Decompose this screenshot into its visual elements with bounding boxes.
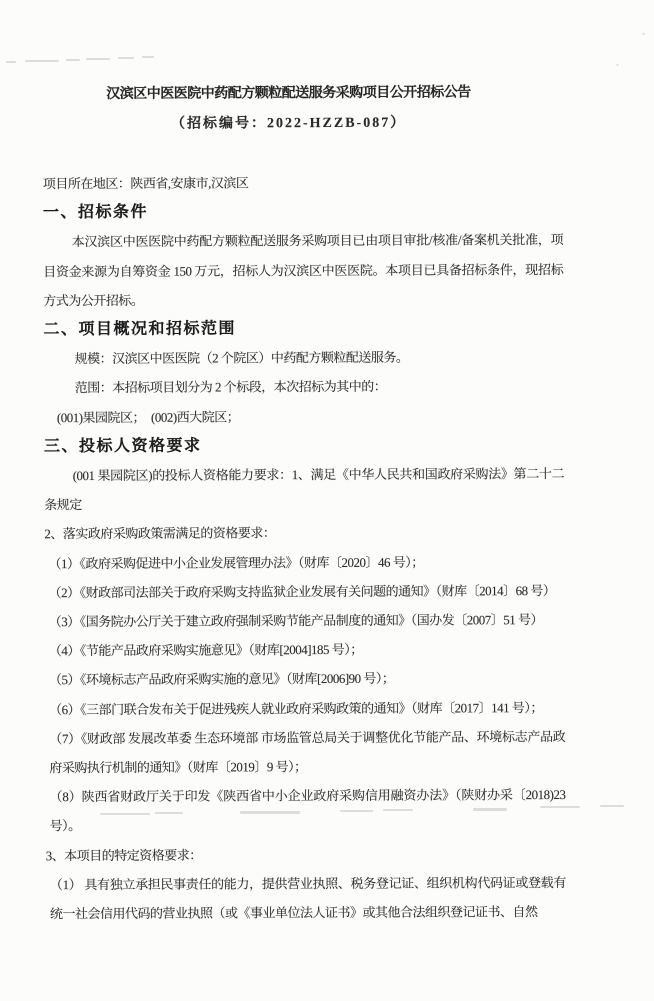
project-scope: 范围：本招标项目划分为 2 个标段，本次招标为其中的： <box>44 371 564 402</box>
policy-item-4: （4）《节能产品政府采购实施意见》（财库[2004]185 号）； <box>45 634 565 665</box>
policy-item-2: （2）《财政部司法部关于政府采购支持监狱企业发展有关问题的通知》（财库〔2014… <box>45 576 565 607</box>
scanned-page: 汉滨区中医医院中药配方颗粒配送服务采购项目公开招标公告 （招标编号：2022-H… <box>0 0 654 1001</box>
policy-item-3: （3）《国务院办公厅关于建立政府强制采购节能产品制度的通知》（国办发〔2007〕… <box>45 605 565 636</box>
page-title: 汉滨区中医医院中药配方颗粒配送服务采购项目公开招标公告 <box>22 81 554 107</box>
document-sheet: 汉滨区中医医院中药配方颗粒配送服务采购项目公开招标公告 （招标编号：2022-H… <box>0 0 654 1001</box>
section-1-heading: 一、招标条件 <box>43 196 563 227</box>
tender-number: （招标编号：2022-HZZB-087） <box>23 111 555 137</box>
policy-item-7: （7）《财政部 发展改革委 生态环境部 市场监管总局关于调整优化节能产品、环境标… <box>45 722 565 783</box>
section-3-heading: 三、投标人资格要求 <box>44 430 564 461</box>
specific-requirement-1: （1） 具有独立承担民事责任的能力，提供营业执照、税务登记证、组织机构代码证或登… <box>46 868 566 929</box>
section-2-heading: 二、项目概况和招标范围 <box>43 313 563 344</box>
document-header: 汉滨区中医医院中药配方颗粒配送服务采购项目公开招标公告 （招标编号：2022-H… <box>22 81 554 137</box>
policy-requirements-intro: 2、落实政府采购政策需满足的资格要求： <box>44 517 564 548</box>
policy-item-6: （6）《三部门联合发布关于促进残疾人就业政府采购政策的通知》（财库〔2017〕1… <box>45 693 565 724</box>
policy-item-8: （8）陕西省财政厅关于印发《陕西省中小企业政府采购信用融资办法》（陕财办采〔20… <box>45 780 565 841</box>
section-1-body: 本汉滨区中医医院中药配方颗粒配送服务采购项目已由项目审批/核准/备案机关批准，项… <box>43 225 563 315</box>
project-scale: 规模：汉滨区中医医院（2 个院区）中药配方颗粒配送服务。 <box>44 342 564 373</box>
policy-item-1: （1）《政府采购促进中小企业发展管理办法》（财库〔2020〕46 号）； <box>44 547 564 578</box>
qualification-intro: (001 果园院区)的投标人资格能力要求：1、满足《中华人民共和国政府采购法》第… <box>44 459 564 520</box>
policy-item-5: （5）《环境标志产品政府采购实施的意见》（财库[2006]90 号）； <box>45 663 565 694</box>
project-lots: (001)果园院区； (002)西大院区； <box>44 401 564 432</box>
project-location: 项目所在地区：陕西省,安康市,汉滨区 <box>43 167 563 198</box>
specific-requirements-intro: 3、本项目的特定资格要求： <box>46 839 566 870</box>
